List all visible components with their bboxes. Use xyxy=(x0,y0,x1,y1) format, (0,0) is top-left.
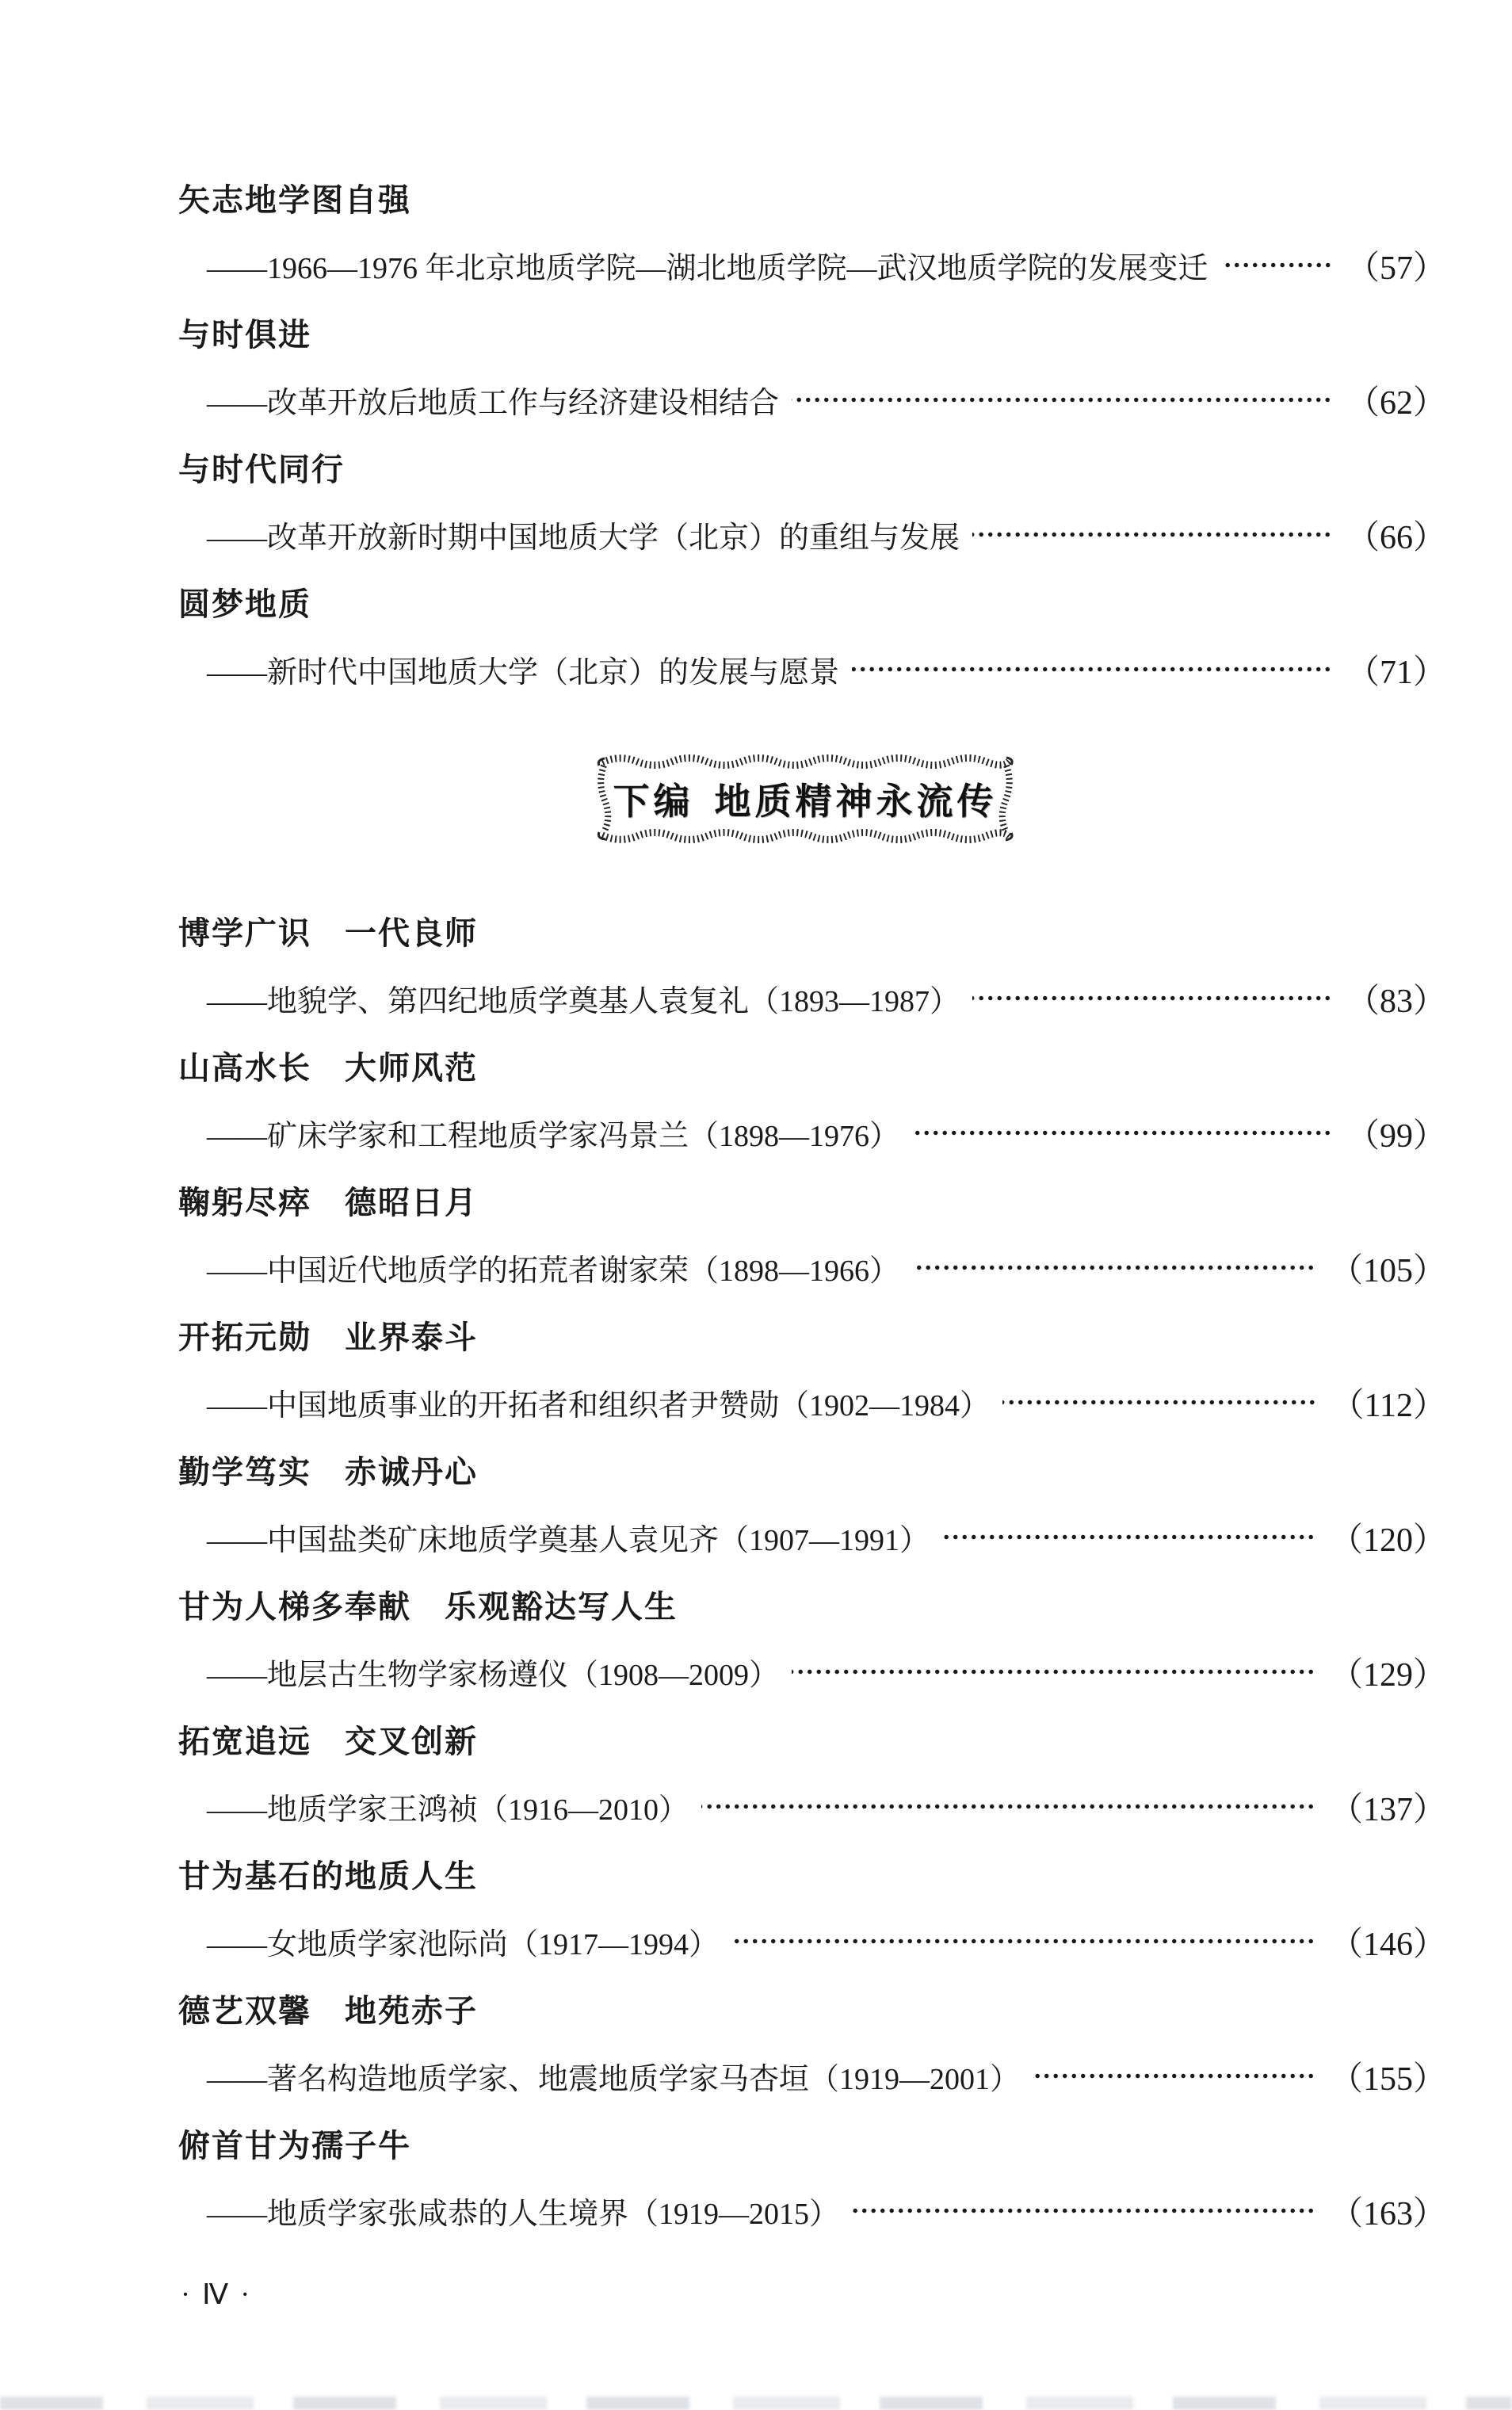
dot-leader xyxy=(1033,2042,1315,2110)
toc-entry-subtitle-line: ——改革开放后地质工作与经济建设相结合 （62） xyxy=(178,366,1446,433)
toc-entry: 俯首甘为孺子牛 ——地质学家张咸恭的人生境界（1919—2015） （163） xyxy=(178,2110,1446,2244)
toc-entry-subtitle-line: ——地质学家王鸿祯（1916—2010） （137） xyxy=(178,1773,1446,1840)
toc-entry-subtitle: ——女地质学家池际尚（1917—1994） xyxy=(207,1919,719,1963)
dot-leader xyxy=(852,636,1332,703)
toc-entry-subtitle: ——矿床学家和工程地质学家冯景兰（1898—1976） xyxy=(207,1111,899,1155)
page-number: （155） xyxy=(1330,2053,1446,2100)
toc-entry-title: 鞠躬尽瘁 德昭日月 xyxy=(178,1178,478,1223)
toc-entry-title-line: 俯首甘为孺子牛 xyxy=(178,2110,1446,2177)
toc-entry-title: 开拓元勋 业界泰斗 xyxy=(178,1312,478,1358)
toc-entry-title-line: 与时俱进 xyxy=(178,299,1446,366)
footer-page-number: · Ⅳ · xyxy=(181,2278,252,2311)
toc-entry-title: 勤学笃实 赤诚丹心 xyxy=(178,1447,478,1492)
page-number: （120） xyxy=(1330,1514,1446,1561)
dot-leader xyxy=(1221,231,1332,299)
toc-entry-title-line: 甘为基石的地质人生 xyxy=(178,1840,1446,1908)
divider-label-prefix: 下编 xyxy=(613,773,694,825)
toc-entry-subtitle-line: ——中国地质事业的开拓者和组织者尹赞勋（1902—1984） （112） xyxy=(178,1369,1446,1436)
page-number: （129） xyxy=(1330,1648,1446,1696)
toc-entry-subtitle-line: ——改革开放新时期中国地质大学（北京）的重组与发展 （66） xyxy=(178,501,1446,568)
page-number: （112） xyxy=(1331,1379,1446,1427)
toc-entry-title: 俯首甘为孺子牛 xyxy=(178,2121,411,2166)
toc-entry-title-line: 德艺双馨 地苑赤子 xyxy=(178,1975,1446,2042)
page-number: （105） xyxy=(1330,1244,1446,1292)
page-number: （71） xyxy=(1346,646,1446,693)
toc-entry-title-line: 鞠躬尽瘁 德昭日月 xyxy=(178,1167,1446,1234)
toc-entry-subtitle-line: ——地质学家张咸恭的人生境界（1919—2015） （163） xyxy=(178,2177,1446,2244)
toc-entry-title-line: 博学广识 一代良师 xyxy=(178,897,1446,964)
toc-entry: 圆梦地质 ——新时代中国地质大学（北京）的发展与愿景 （71） xyxy=(178,568,1446,703)
dot-leader xyxy=(792,1638,1315,1705)
dot-leader xyxy=(792,366,1332,433)
toc-entry: 德艺双馨 地苑赤子 ——著名构造地质学家、地震地质学家马杏垣（1919—2001… xyxy=(178,1975,1446,2110)
toc-entry-subtitle-line: ——中国近代地质学的拓荒者谢家荣（1898—1966） （105） xyxy=(178,1234,1446,1301)
toc-entry-title: 矢志地学图自强 xyxy=(178,175,411,220)
toc-entry-title: 与时俱进 xyxy=(178,310,311,355)
toc-entry-subtitle: ——新时代中国地质大学（北京）的发展与愿景 xyxy=(207,647,839,691)
toc-entry-title-line: 山高水长 大师风范 xyxy=(178,1032,1446,1099)
toc-entry: 勤学笃实 赤诚丹心 ——中国盐类矿床地质学奠基人袁见齐（1907—1991） （… xyxy=(178,1436,1446,1571)
toc-entry-title-line: 开拓元勋 业界泰斗 xyxy=(178,1301,1446,1369)
dot-leader xyxy=(912,1099,1332,1167)
toc-entry: 鞠躬尽瘁 德昭日月 ——中国近代地质学的拓荒者谢家荣（1898—1966） （1… xyxy=(178,1167,1446,1301)
dot-leader xyxy=(942,1503,1315,1571)
toc-entry-subtitle-line: ——新时代中国地质大学（北京）的发展与愿景 （71） xyxy=(178,636,1446,703)
toc-entry-title-line: 圆梦地质 xyxy=(178,568,1446,636)
toc-entry-subtitle-line: ——地貌学、第四纪地质学奠基人袁复礼（1893—1987） （83） xyxy=(178,964,1446,1032)
toc-entry: 与时俱进 ——改革开放后地质工作与经济建设相结合 （62） xyxy=(178,299,1446,433)
toc-entry-subtitle: ——中国近代地质学的拓荒者谢家荣（1898—1966） xyxy=(207,1246,899,1289)
toc-entry-subtitle: ——中国地质事业的开拓者和组织者尹赞勋（1902—1984） xyxy=(207,1381,990,1424)
toc-entry-title-line: 拓宽追远 交叉创新 xyxy=(178,1705,1446,1773)
toc-page: 矢志地学图自强 ——1966—1976 年北京地质学院—湖北地质学院—武汉地质学… xyxy=(0,0,1512,2410)
toc-entry-subtitle-line: ——1966—1976 年北京地质学院—湖北地质学院—武汉地质学院的发展变迁 （… xyxy=(178,231,1446,299)
dot-leader xyxy=(1002,1369,1317,1436)
dot-leader xyxy=(972,964,1332,1032)
page-number: （137） xyxy=(1330,1783,1446,1831)
toc-entry-subtitle: ——著名构造地质学家、地震地质学家马杏垣（1919—2001） xyxy=(207,2054,1020,2098)
section-divider-box: 下编 地质精神永流传 xyxy=(591,750,1019,848)
toc-entry-subtitle: ——改革开放后地质工作与经济建设相结合 xyxy=(207,378,779,422)
toc-entry-title: 甘为基石的地质人生 xyxy=(178,1851,478,1896)
page-number: （83） xyxy=(1346,975,1446,1022)
toc-entry: 开拓元勋 业界泰斗 ——中国地质事业的开拓者和组织者尹赞勋（1902—1984）… xyxy=(178,1301,1446,1436)
toc-entry-title: 与时代同行 xyxy=(178,445,345,490)
toc-entry: 矢志地学图自强 ——1966—1976 年北京地质学院—湖北地质学院—武汉地质学… xyxy=(178,164,1446,299)
toc-entry-subtitle: ——地质学家张咸恭的人生境界（1919—2015） xyxy=(207,2189,839,2232)
dot-leader xyxy=(912,1234,1315,1301)
toc-entry-subtitle-line: ——著名构造地质学家、地震地质学家马杏垣（1919—2001） （155） xyxy=(178,2042,1446,2110)
page-number: （146） xyxy=(1330,1918,1446,1965)
toc-entry: 甘为基石的地质人生 ——女地质学家池际尚（1917—1994） （146） xyxy=(178,1840,1446,1975)
dot-leader xyxy=(731,1908,1315,1975)
toc-entry-title-line: 与时代同行 xyxy=(178,433,1446,501)
toc-entry-subtitle: ——改革开放新时期中国地质大学（北京）的重组与发展 xyxy=(207,513,960,556)
scan-artifact xyxy=(0,2397,1512,2410)
toc-entry-title-line: 勤学笃实 赤诚丹心 xyxy=(178,1436,1446,1503)
page-number: （57） xyxy=(1346,242,1446,289)
toc-entry-subtitle-line: ——矿床学家和工程地质学家冯景兰（1898—1976） （99） xyxy=(178,1099,1446,1167)
toc-entry-title: 甘为人梯多奉献 乐观豁达写人生 xyxy=(178,1582,678,1627)
dot-leader xyxy=(852,2177,1315,2244)
toc-entry-title: 山高水长 大师风范 xyxy=(178,1043,478,1088)
page-number: （62） xyxy=(1346,376,1446,424)
toc-entry-title: 圆梦地质 xyxy=(178,579,311,624)
toc-entry-subtitle-line: ——女地质学家池际尚（1917—1994） （146） xyxy=(178,1908,1446,1975)
toc-upper-section: 矢志地学图自强 ——1966—1976 年北京地质学院—湖北地质学院—武汉地质学… xyxy=(178,164,1446,703)
toc-entry-title-line: 矢志地学图自强 xyxy=(178,164,1446,231)
page-number: （66） xyxy=(1346,511,1446,559)
toc-entry-title-line: 甘为人梯多奉献 乐观豁达写人生 xyxy=(178,1571,1446,1638)
toc-entry: 山高水长 大师风范 ——矿床学家和工程地质学家冯景兰（1898—1976） （9… xyxy=(178,1032,1446,1167)
toc-entry-subtitle-line: ——地层古生物学家杨遵仪（1908—2009） （129） xyxy=(178,1638,1446,1705)
toc-entry-subtitle: ——地貌学、第四纪地质学奠基人袁复礼（1893—1987） xyxy=(207,976,960,1020)
toc-lower-section: 博学广识 一代良师 ——地貌学、第四纪地质学奠基人袁复礼（1893—1987） … xyxy=(178,897,1446,2244)
toc-entry: 博学广识 一代良师 ——地貌学、第四纪地质学奠基人袁复礼（1893—1987） … xyxy=(178,897,1446,1032)
toc-entry-subtitle: ——中国盐类矿床地质学奠基人袁见齐（1907—1991） xyxy=(207,1515,930,1559)
toc-entry-title: 博学广识 一代良师 xyxy=(178,908,478,953)
page-number: （99） xyxy=(1346,1110,1446,1157)
toc-entry: 拓宽追远 交叉创新 ——地质学家王鸿祯（1916—2010） （137） xyxy=(178,1705,1446,1840)
toc-entry: 甘为人梯多奉献 乐观豁达写人生 ——地层古生物学家杨遵仪（1908—2009） … xyxy=(178,1571,1446,1705)
section-divider-label: 下编 地质精神永流传 xyxy=(613,773,998,825)
toc-entry-subtitle: ——地质学家王鸿祯（1916—2010） xyxy=(207,1785,689,1828)
toc-entry: 与时代同行 ——改革开放新时期中国地质大学（北京）的重组与发展 （66） xyxy=(178,433,1446,568)
divider-label-main: 地质精神永流传 xyxy=(715,773,998,825)
dot-leader xyxy=(972,501,1332,568)
toc-entry-title: 德艺双馨 地苑赤子 xyxy=(178,1986,478,2031)
page-number: （163） xyxy=(1330,2187,1446,2235)
toc-entry-title: 拓宽追远 交叉创新 xyxy=(178,1717,478,1762)
toc-entry-subtitle: ——1966—1976 年北京地质学院—湖北地质学院—武汉地质学院的发展变迁 xyxy=(207,243,1208,287)
dot-leader xyxy=(701,1773,1315,1840)
toc-entry-subtitle: ——地层古生物学家杨遵仪（1908—2009） xyxy=(207,1650,779,1694)
toc-entry-subtitle-line: ——中国盐类矿床地质学奠基人袁见齐（1907—1991） （120） xyxy=(178,1503,1446,1571)
